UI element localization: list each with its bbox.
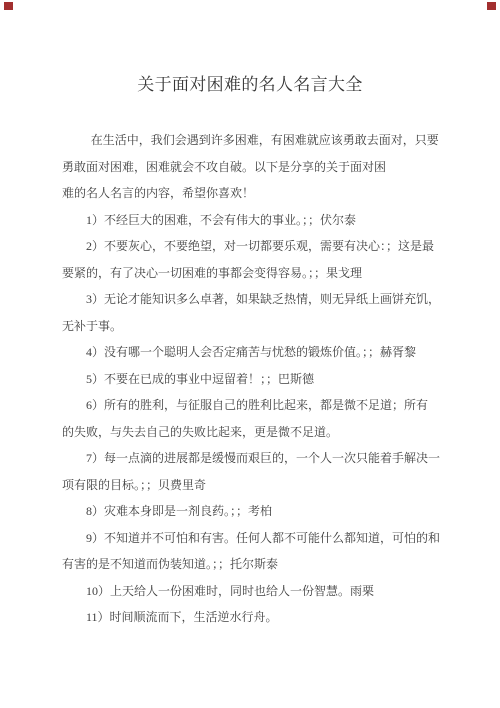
quote-item-10: 10）上天给人一份困难时，同时也给人一份智慧。雨栗 bbox=[62, 578, 452, 605]
quote-item-11: 11）时间顺流而下，生活逆水行舟。 bbox=[62, 604, 452, 631]
quote-item-4: 4）没有哪一个聪明人会否定痛苦与忧愁的锻炼价值。；；赫胥黎 bbox=[62, 339, 452, 366]
document-body: 在生活中，我们会遇到许多困难，有困难就应该勇敢去面对，只要 勇敢面对困难，困难就… bbox=[0, 127, 500, 631]
red-corner-mark-left-icon bbox=[4, 2, 13, 10]
quote-item-3: 3）无论才能知识多么卓著，如果缺乏热情，则无异纸上画饼充饥， 无补于事。 bbox=[62, 286, 452, 339]
quote-item-7: 7）每一点滴的进展都是缓慢而艰巨的，一个人一次只能着手解决一 项有限的目标。；；… bbox=[62, 445, 452, 498]
quote-item-8: 8）灾难本身即是一剂良药。；；考柏 bbox=[62, 498, 452, 525]
quote-item-9: 9）不知道并不可怕和有害。任何人都不可能什么都知道，可怕的和 有害的是不知道而伪… bbox=[62, 525, 452, 578]
quote-item-2: 2）不要灰心，不要绝望，对一切都要乐观，需要有决心：；这是最 要紧的，有了决心一… bbox=[62, 233, 452, 286]
intro-paragraph: 在生活中，我们会遇到许多困难，有困难就应该勇敢去面对，只要 勇敢面对困难，困难就… bbox=[62, 127, 452, 207]
quote-item-1: 1）不经巨大的困难，不会有伟大的事业。；；伏尔泰 bbox=[62, 207, 452, 234]
page-title: 关于面对困难的名人名言大全 bbox=[0, 0, 500, 98]
document-page: 关于面对困难的名人名言大全 在生活中，我们会遇到许多困难，有困难就应该勇敢去面对… bbox=[0, 0, 500, 708]
quote-item-5: 5）不要在已成的事业中逗留着！；；巴斯德 bbox=[62, 366, 452, 393]
red-corner-mark-right-icon bbox=[487, 2, 496, 10]
quote-item-6: 6）所有的胜利，与征服自己的胜利比起来，都是微不足道；所有 的失败，与失去自己的… bbox=[62, 392, 452, 445]
